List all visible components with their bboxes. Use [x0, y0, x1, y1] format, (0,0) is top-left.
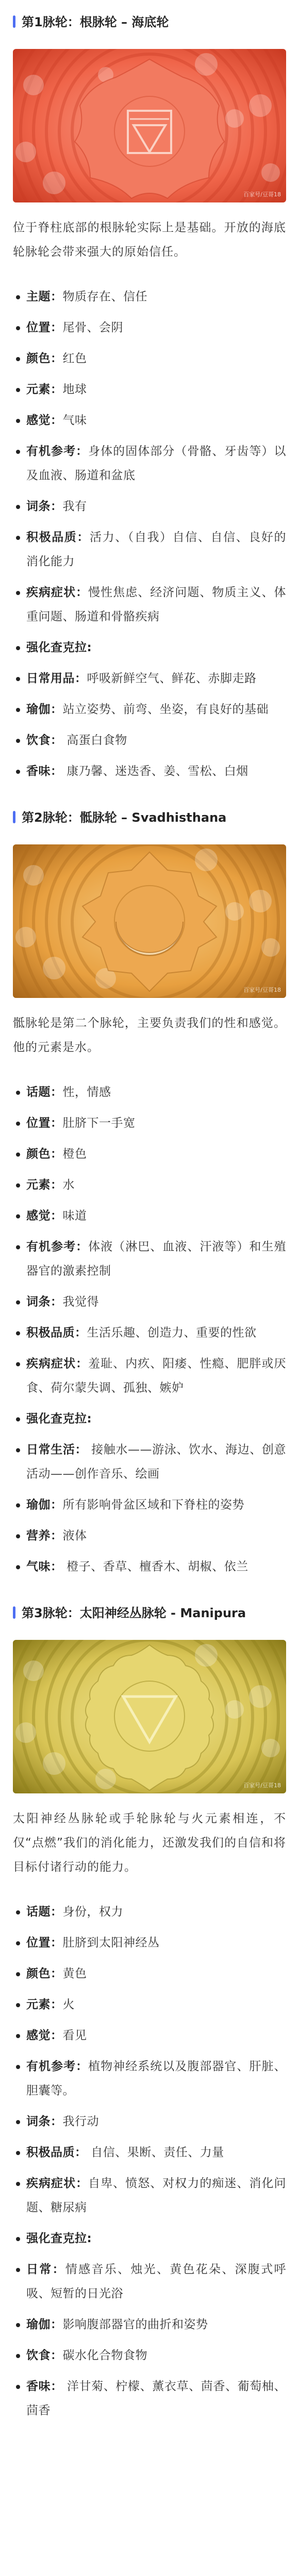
bullet-icon	[16, 2003, 20, 2007]
section-heading: 第1脉轮：根脉轮 – 海底轮	[13, 13, 286, 31]
list-item: 有机参考：体液（淋巴、血液、汗液等）和生殖器官的激素控制	[13, 1235, 286, 1283]
bullet-icon	[16, 1122, 20, 1126]
list-item: 感觉：气味	[13, 409, 286, 433]
list-item: 词条：我觉得	[13, 1290, 286, 1314]
heading-text: 第3脉轮：太阳神经丛脉轮 - Manipura	[22, 1606, 246, 1620]
bullet-icon	[16, 1941, 20, 1945]
bullet-icon	[16, 1417, 20, 1421]
chakra-image-sacral: 百家号/豆哥18	[13, 844, 286, 998]
bullet-icon	[16, 1448, 20, 1452]
bullet-icon	[16, 591, 20, 595]
bullet-icon	[16, 1362, 20, 1366]
section-heading: 第3脉轮：太阳神经丛脉轮 - Manipura	[13, 1604, 286, 1622]
bullet-icon	[16, 505, 20, 509]
list-item: 日常用品：呼吸新鲜空气、鲜花、赤脚走路	[13, 667, 286, 691]
bullet-icon	[16, 2034, 20, 2038]
bullet-icon	[16, 708, 20, 712]
bullet-icon	[16, 1300, 20, 1304]
list-item: 香味： 康乃馨、迷迭香、姜、雪松、白烟	[13, 759, 286, 784]
list-item: 气味： 橙子、香草、檀香木、胡椒、依兰	[13, 1555, 286, 1579]
bullet-icon	[16, 1245, 20, 1249]
bullet-icon	[16, 1910, 20, 1914]
list-item: 瑜伽：站立姿势、前弯、坐姿，有良好的基础	[13, 698, 286, 722]
bullet-icon	[16, 2354, 20, 2358]
list-item: 话题：性，情感	[13, 1080, 286, 1105]
bullet-icon	[16, 536, 20, 540]
section-intro: 位于脊柱底部的根脉轮实际上是基础。开放的海底轮脉轮会带来强大的原始信任。	[13, 216, 286, 264]
bullet-icon	[16, 770, 20, 774]
list-item: 疾病症状：慢性焦虑、经济问题、物质主义、体重问题、肠道和骨骼疾病	[13, 581, 286, 629]
list-item: 饮食： 高蛋白食物	[13, 728, 286, 753]
bullet-icon	[16, 2065, 20, 2069]
list-item: 位置：肚脐下一手宽	[13, 1111, 286, 1136]
bullet-icon	[16, 739, 20, 743]
list-item: 积极品质：生活乐趣、创造力、重要的性欲	[13, 1321, 286, 1345]
bullet-icon	[16, 1183, 20, 1188]
list-item: 疾病症状：羞耻、内疚、阳痿、性瘾、肥胖或厌食、荷尔蒙失调、孤独、嫉妒	[13, 1352, 286, 1400]
solar-plexus-chakra-symbol-icon	[13, 1640, 286, 1793]
bullet-icon	[16, 450, 20, 454]
bullet-icon	[16, 2120, 20, 2124]
section-heading: 第2脉轮：骶脉轮 – Svadhisthana	[13, 809, 286, 826]
property-list: 主题：物质存在、信任 位置：尾骨、会阴 颜色：红色 元素：地球 感觉：气味 有机…	[13, 285, 286, 784]
heading-accent-bar	[13, 15, 15, 28]
list-item: 疾病症状：自卑、愤怒、对权力的痴迷、消化问题、糖尿病	[13, 2172, 286, 2220]
list-item: 元素：水	[13, 1173, 286, 1197]
list-item: 元素：地球	[13, 378, 286, 402]
image-watermark: 百家号/豆哥18	[243, 190, 281, 198]
bullet-icon	[16, 2323, 20, 2327]
root-chakra-symbol-icon	[13, 49, 286, 202]
heading-text: 第1脉轮：根脉轮 – 海底轮	[22, 15, 169, 29]
heading-text: 第2脉轮：骶脉轮 – Svadhisthana	[22, 810, 226, 825]
list-item: 积极品质：活力、（自我）自信、自信、良好的消化能力	[13, 526, 286, 574]
bullet-icon	[16, 2237, 20, 2241]
bullet-icon	[16, 1503, 20, 1507]
list-item: 颜色：黄色	[13, 1962, 286, 1986]
list-item: 强化查克拉:	[13, 1407, 286, 1431]
bullet-icon	[16, 357, 20, 361]
bullet-icon	[16, 1091, 20, 1095]
chakra-section-2: 第2脉轮：骶脉轮 – Svadhisthana	[13, 790, 286, 1579]
list-item: 话题：身份，权力	[13, 1900, 286, 1924]
chakra-image-root: 百家号/豆哥18	[13, 49, 286, 202]
list-item: 颜色：红色	[13, 347, 286, 371]
list-item: 强化查克拉:	[13, 636, 286, 660]
heading-accent-bar	[13, 1606, 15, 1619]
bullet-icon	[16, 2268, 20, 2272]
image-watermark: 百家号/豆哥18	[243, 1781, 281, 1789]
list-item: 元素：火	[13, 1993, 286, 2017]
bullet-icon	[16, 419, 20, 423]
property-list: 话题：身份，权力 位置：肚脐到太阳神经丛 颜色：黄色 元素：火 感觉：看见 有机…	[13, 1900, 286, 2423]
list-item: 有机参考：身体的固体部分（骨骼、牙齿等）以及血液、肠道和盆底	[13, 439, 286, 488]
bullet-icon	[16, 326, 20, 330]
list-item: 颜色：橙色	[13, 1142, 286, 1166]
bullet-icon	[16, 1331, 20, 1335]
chakra-image-solar-plexus: 百家号/豆哥18	[13, 1640, 286, 1793]
list-item: 位置：肚脐到太阳神经丛	[13, 1931, 286, 1955]
list-item: 饮食：碳水化合物食物	[13, 2344, 286, 2368]
bullet-icon	[16, 1534, 20, 1538]
section-intro: 骶脉轮是第二个脉轮，主要负责我们的性和感觉。他的元素是水。	[13, 1011, 286, 1060]
list-item: 感觉：看见	[13, 2024, 286, 2048]
list-item: 强化查克拉:	[13, 2227, 286, 2251]
heading-accent-bar	[13, 811, 15, 823]
list-item: 有机参考：植物神经系统以及腹部器官、肝脏、胆囊等。	[13, 2055, 286, 2103]
bullet-icon	[16, 1214, 20, 1218]
chakra-section-3: 第3脉轮：太阳神经丛脉轮 - Manipura	[13, 1586, 286, 2450]
list-item: 瑜伽：影响腹部器官的曲折和姿势	[13, 2313, 286, 2337]
bullet-icon	[16, 295, 20, 299]
property-list: 话题：性，情感 位置：肚脐下一手宽 颜色：橙色 元素：水 感觉：味道 有机参考：…	[13, 1080, 286, 1579]
bullet-icon	[16, 677, 20, 681]
image-watermark: 百家号/豆哥18	[243, 986, 281, 994]
bullet-icon	[16, 2151, 20, 2155]
bullet-icon	[16, 388, 20, 392]
list-item: 瑜伽：所有影响骨盆区域和下脊柱的姿势	[13, 1493, 286, 1517]
list-item: 词条：我行动	[13, 2110, 286, 2134]
list-item: 感觉：味道	[13, 1204, 286, 1228]
bullet-icon	[16, 1153, 20, 1157]
list-item: 主题：物质存在、信任	[13, 285, 286, 309]
chakra-section-1: 第1脉轮：根脉轮 – 海底轮	[13, 0, 286, 784]
bullet-icon	[16, 1972, 20, 1976]
list-item: 位置：尾骨、会阴	[13, 316, 286, 340]
section-intro: 太阳神经丛脉轮或手轮脉轮与火元素相连，不仅“点燃”我们的消化能力，还激发我们的自…	[13, 1807, 286, 1879]
list-item: 香味： 洋甘菊、柠檬、薰衣草、茴香、葡萄柚、茴香	[13, 2375, 286, 2423]
list-item: 营养：液体	[13, 1524, 286, 1548]
bullet-icon	[16, 2182, 20, 2186]
bullet-icon	[16, 2385, 20, 2389]
bullet-icon	[16, 1565, 20, 1569]
list-item: 日常：情感音乐、烛光、黄色花朵、深腹式呼吸、短暂的日光浴	[13, 2258, 286, 2306]
article: 第1脉轮：根脉轮 – 海底轮	[0, 0, 299, 2450]
bullet-icon	[16, 646, 20, 650]
list-item: 词条：我有	[13, 495, 286, 519]
list-item: 积极品质： 自信、果断、责任、力量	[13, 2141, 286, 2165]
sacral-chakra-symbol-icon	[13, 844, 286, 998]
list-item: 日常生活： 接触水——游泳、饮水、海边、创意活动——创作音乐、绘画	[13, 1438, 286, 1486]
